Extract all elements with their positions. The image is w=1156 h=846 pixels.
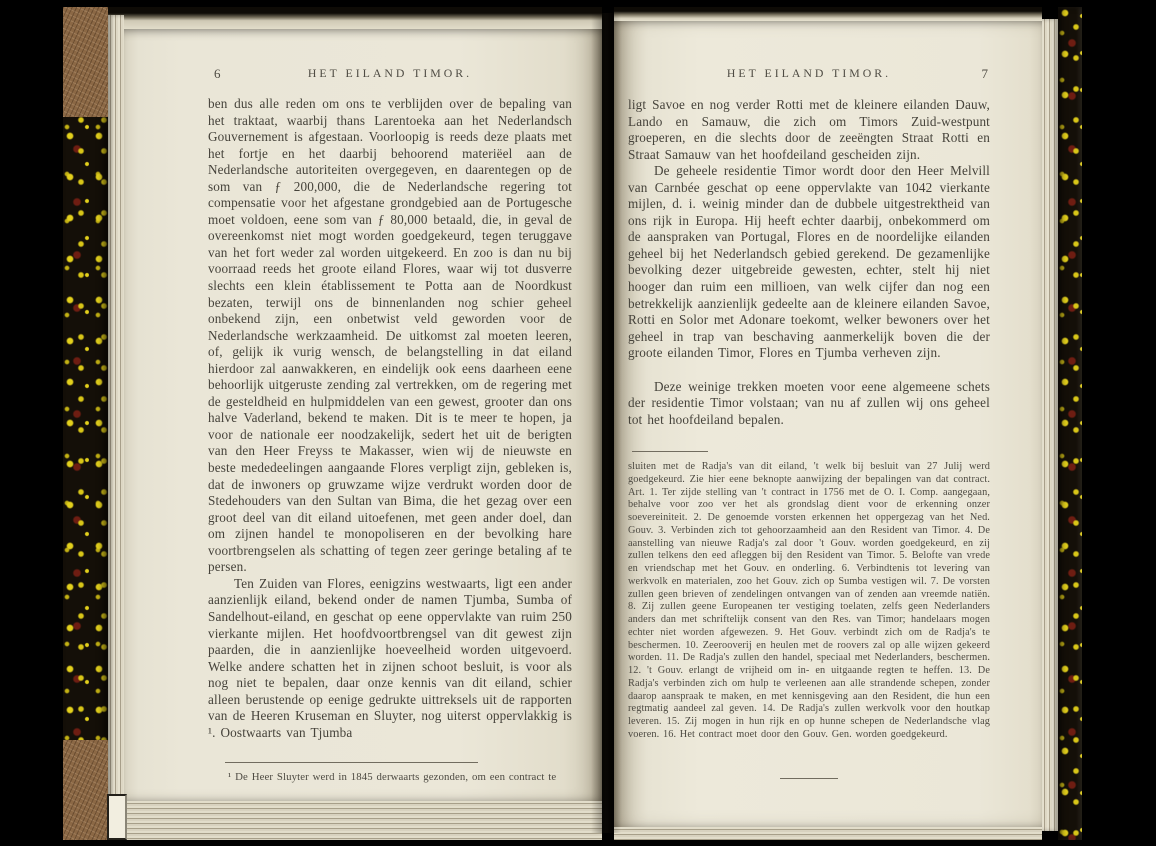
left-page-body: ben dus alle reden om ons te verblijden … <box>208 96 572 741</box>
right-footnote-separator-rule <box>632 451 708 452</box>
paragraph: Ten Zuiden van Flores, eenigzins westwaa… <box>208 576 572 741</box>
page-edges-right <box>1042 19 1058 831</box>
page-edges-top-right <box>614 7 1042 21</box>
right-page-header: HET EILAND TIMOR. 7 <box>628 66 990 82</box>
left-running-title: HET EILAND TIMOR. <box>208 66 572 81</box>
footnote-end-rule <box>780 778 838 779</box>
right-page-body: ligt Savoe en nog verder Rotti met de kl… <box>628 97 990 428</box>
left-footnote-rule <box>225 762 478 763</box>
paragraph: ligt Savoe en nog verder Rotti met de kl… <box>628 97 990 163</box>
photo-background: 6 HET EILAND TIMOR. ben dus alle reden o… <box>0 0 1156 846</box>
page-edges-bottom-right <box>614 827 1042 840</box>
paragraph: Deze weinige trekken moeten voor eene al… <box>628 379 990 429</box>
right-page: HET EILAND TIMOR. 7 ligt Savoe en nog ve… <box>614 21 1042 827</box>
right-page-text-column: HET EILAND TIMOR. 7 ligt Savoe en nog ve… <box>628 66 990 428</box>
page-edges-bottom-left <box>108 801 602 840</box>
leather-corner-top <box>63 7 108 117</box>
page-edges-top-left <box>108 7 602 29</box>
left-page: 6 HET EILAND TIMOR. ben dus alle reden o… <box>124 29 602 801</box>
paragraph: De geheele residentie Timor wordt door d… <box>628 163 990 362</box>
left-page-header: 6 HET EILAND TIMOR. <box>208 66 572 82</box>
leather-corner-bottom <box>63 740 108 840</box>
right-cover-marbled <box>1058 7 1082 840</box>
book-spread: 6 HET EILAND TIMOR. ben dus alle reden o… <box>63 7 1082 840</box>
page-edges-left <box>108 15 124 811</box>
right-footnote: sluiten met de Radja's van dit eiland, '… <box>628 461 990 742</box>
left-page-text-column: 6 HET EILAND TIMOR. ben dus alle reden o… <box>208 66 572 741</box>
right-page-number: 7 <box>982 66 989 82</box>
right-running-title: HET EILAND TIMOR. <box>628 66 990 81</box>
left-cover-marbled <box>63 7 108 840</box>
paragraph: ben dus alle reden om ons te verblijden … <box>208 96 572 576</box>
bookmark-tab <box>107 794 127 840</box>
left-footnote: ¹ De Heer Sluyter werd in 1845 derwaarts… <box>228 770 586 785</box>
